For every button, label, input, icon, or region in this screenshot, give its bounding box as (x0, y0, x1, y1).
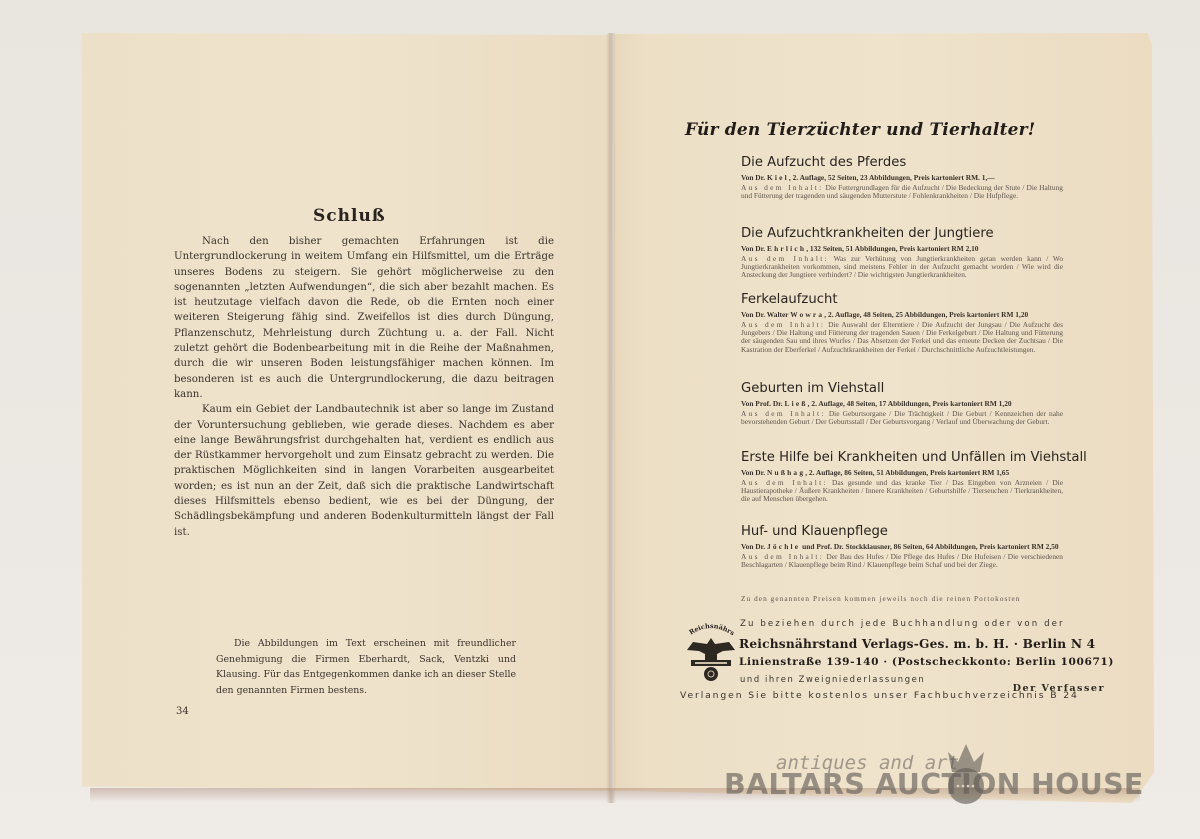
book-contents: Aus dem Inhalt: Die Auswahl der Elternti… (741, 321, 1063, 354)
book-gutter (606, 33, 616, 803)
book-title: Erste Hilfe bei Krankheiten und Unfällen… (741, 450, 1081, 465)
book-contents: Aus dem Inhalt: Der Bau des Hufes / Die … (741, 553, 1063, 569)
book-meta: Von Dr. Nußhag, 2. Auflage, 86 Seiten, 5… (741, 469, 1063, 477)
book-meta: Von Dr. Walter Wowra, 2. Auflage, 48 Sei… (741, 311, 1063, 319)
book-entry: Ferkelaufzucht Von Dr. Walter Wowra, 2. … (741, 292, 1063, 354)
chapter-title: Schluß (313, 206, 386, 226)
watermark-name: BALTARS AUCTION HOUSE (724, 768, 1144, 801)
book-author: Ehrlich (767, 244, 806, 253)
paragraph: Kaum ein Gebiet der Landbautechnik ist a… (174, 402, 554, 540)
book-contents: Aus dem Inhalt: Das gesunde und das kran… (741, 479, 1063, 504)
book-entry: Erste Hilfe bei Krankheiten und Unfällen… (741, 450, 1081, 504)
book-title: Die Aufzucht des Pferdes (741, 155, 1063, 170)
book-contents: Aus dem Inhalt: Die Geburtsorgane / Die … (741, 410, 1063, 426)
catalog-request: Verlangen Sie bitte kostenlos unser Fach… (680, 690, 1079, 701)
book-title: Huf- und Klauenpflege (741, 524, 1063, 539)
publisher-name: Reichsnährstand Verlags-Ges. m. b. H. · … (739, 637, 1095, 651)
book-contents: Aus dem Inhalt: Die Futtergrundlagen für… (741, 184, 1063, 200)
book-author: Kiel (767, 173, 789, 182)
book-author: Ließ (784, 399, 807, 408)
book-entry: Geburten im Viehstall Von Prof. Dr. Ließ… (741, 381, 1063, 426)
book-title: Die Aufzuchtkrankheiten der Jungtiere (741, 226, 1063, 241)
book-title: Geburten im Viehstall (741, 381, 1063, 396)
book-author: Wowra (790, 310, 824, 319)
book-contents: Aus dem Inhalt: Was zur Verhütung von Ju… (741, 255, 1063, 280)
book-meta: Von Dr. Kiel, 2. Auflage, 52 Seiten, 23 … (741, 174, 1063, 182)
book-meta: Von Dr. Jöchle und Prof. Dr. Stockklausn… (741, 543, 1063, 551)
book-title: Ferkelaufzucht (741, 292, 1063, 307)
book-entry: Die Aufzuchtkrankheiten der Jungtiere Vo… (741, 226, 1063, 280)
emblem-text: Reichsnährstand (683, 622, 736, 638)
postage-note: Zu den genannten Preisen kommen jeweils … (741, 595, 1063, 603)
book-author: Jöchle (767, 542, 800, 551)
book-meta: Von Prof. Dr. Ließ, 2. Auflage, 48 Seite… (741, 400, 1063, 408)
publisher-emblem-icon: Reichsnährstand (683, 622, 739, 684)
book-meta: Von Dr. Ehrlich, 132 Seiten, 51 Abbildun… (741, 245, 1063, 253)
crown-icon (944, 742, 988, 808)
acknowledgement-note: Die Abbildungen im Text erscheinen mit f… (216, 636, 516, 698)
paragraph: Nach den bisher gemachten Erfahrungen is… (174, 234, 554, 402)
advert-headline: Für den Tierzüchter und Tierhalter! (685, 120, 1035, 140)
publisher-address: Linienstraße 139-140 · (Postscheckkonto:… (739, 656, 1114, 668)
book-entry: Huf- und Klauenpflege Von Dr. Jöchle und… (741, 524, 1063, 569)
book-entry: Die Aufzucht des Pferdes Von Dr. Kiel, 2… (741, 155, 1063, 200)
chapter-body: Nach den bisher gemachten Erfahrungen is… (174, 234, 554, 540)
book-author: Nußhag (767, 468, 805, 477)
svg-text:Reichsnährstand: Reichsnährstand (683, 622, 736, 638)
page-number: 34 (176, 706, 189, 717)
publisher-branches: und ihren Zweigniederlassungen (740, 674, 925, 684)
publisher-lead: Zu beziehen durch jede Buchhandlung oder… (740, 619, 1065, 629)
